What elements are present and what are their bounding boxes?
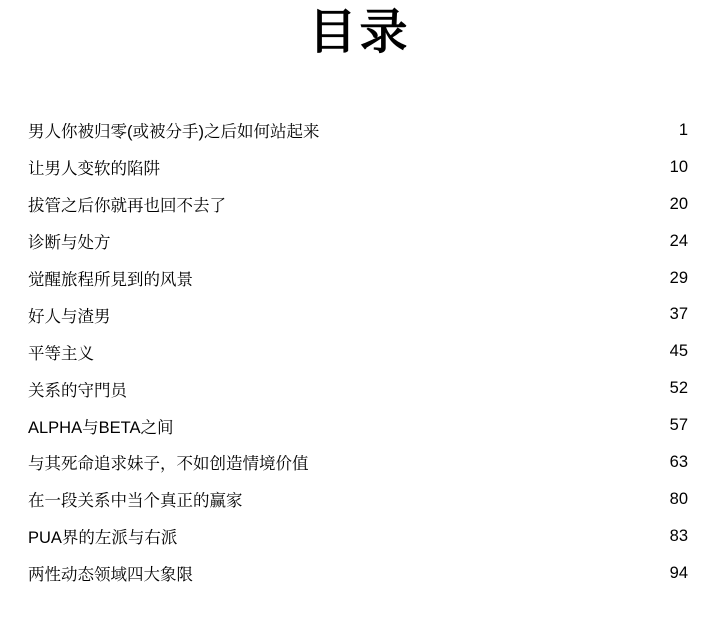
toc-entry-title: ALPHA与BETA之间 — [28, 414, 173, 438]
toc-entry-title: 与其死命追求妹子，不如创造情境价值 — [28, 450, 309, 474]
toc-entry-page-number: 80 — [670, 490, 688, 509]
toc-entry[interactable]: 拔管之后你就再也回不去了 20 — [28, 186, 688, 223]
toc-entry[interactable]: PUA界的左派与右派 83 — [28, 518, 688, 555]
toc-entry-title: 好人与渣男 — [28, 303, 111, 327]
toc-entry-title: 关系的守門员 — [28, 377, 127, 401]
toc-entry-title: 在一段关系中当个真正的赢家 — [28, 487, 243, 511]
toc-entry-page-number: 1 — [679, 121, 688, 140]
toc-entry[interactable]: 好人与渣男 37 — [28, 296, 688, 333]
toc-entry-title: 让男人变软的陷阱 — [28, 155, 160, 179]
toc-entry-page-number: 57 — [670, 416, 688, 435]
toc-entry-title: 平等主义 — [28, 340, 94, 364]
toc-entry-page-number: 45 — [670, 342, 688, 361]
toc-entry-page-number: 83 — [670, 527, 688, 546]
toc-entry[interactable]: ALPHA与BETA之间 57 — [28, 407, 688, 444]
toc-entry[interactable]: 平等主义 45 — [28, 333, 688, 370]
toc-entry[interactable]: 男人你被归零(或被分手)之后如何站起来 1 — [28, 112, 688, 149]
toc-entry-title: 男人你被归零(或被分手)之后如何站起来 — [28, 118, 320, 142]
toc-entry-title: 诊断与处方 — [28, 229, 111, 253]
toc-entry-page-number: 52 — [670, 379, 688, 398]
toc-entry[interactable]: 与其死命追求妹子，不如创造情境价值 63 — [28, 444, 688, 481]
toc-entry[interactable]: 关系的守門员 52 — [28, 370, 688, 407]
toc-entry[interactable]: 让男人变软的陷阱 10 — [28, 149, 688, 186]
toc-entry-title: 觉醒旅程所見到的风景 — [28, 266, 193, 290]
document-page: 目录 男人你被归零(或被分手)之后如何站起来 1 让男人变软的陷阱 10 拔管之… — [0, 0, 719, 617]
toc-entry-title: 拔管之后你就再也回不去了 — [28, 192, 226, 216]
toc-entry-page-number: 24 — [670, 232, 688, 251]
toc-entry-title: 两性动态领域四大象限 — [28, 561, 193, 585]
toc-list: 男人你被归零(或被分手)之后如何站起来 1 让男人变软的陷阱 10 拔管之后你就… — [28, 112, 688, 592]
toc-entry[interactable]: 在一段关系中当个真正的赢家 80 — [28, 481, 688, 518]
toc-entry[interactable]: 诊断与处方 24 — [28, 223, 688, 260]
toc-entry-title: PUA界的左派与右派 — [28, 524, 177, 548]
toc-entry[interactable]: 两性动态领域四大象限 94 — [28, 555, 688, 592]
toc-entry-page-number: 20 — [670, 195, 688, 214]
toc-entry-page-number: 63 — [670, 453, 688, 472]
toc-entry-page-number: 37 — [670, 305, 688, 324]
toc-entry[interactable]: 觉醒旅程所見到的风景 29 — [28, 260, 688, 297]
toc-entry-page-number: 94 — [670, 564, 688, 583]
toc-entry-page-number: 10 — [670, 158, 688, 177]
page-title: 目录 — [0, 4, 719, 62]
toc-entry-page-number: 29 — [670, 269, 688, 288]
